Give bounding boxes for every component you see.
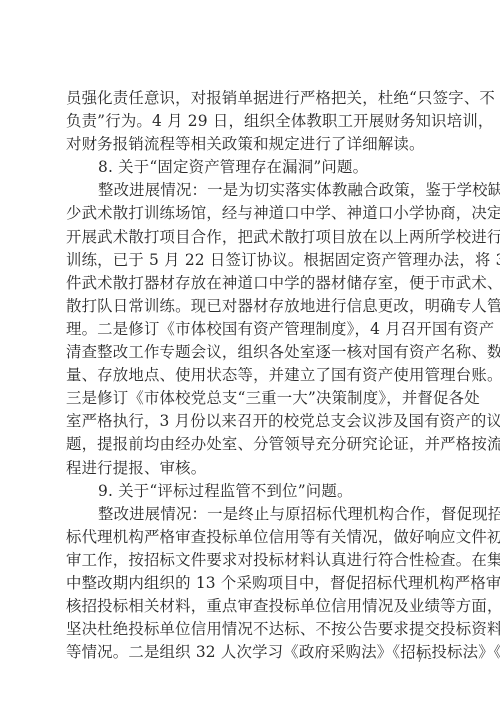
document-page: 员强化责任意识，对报销单据进行严格把关，杜绝“只签字、不负责”行为。4 月 29…	[0, 0, 500, 707]
text-line: 清查整改工作专题会议，组织各处室逐一核对国有资产名称、数	[66, 341, 434, 364]
text-line: 开展武术散打项目合作，把武术散打项目放在以上两所学校进行	[66, 226, 434, 249]
text-line: 量、存放地点、使用状态等，并建立了国有资产使用管理台账。	[66, 364, 434, 387]
text-line: 9. 关于“评标过程监管不到位”问题。	[66, 480, 434, 503]
text-line: 中整改期内组织的 13 个采购项目中，督促招标代理机构严格审	[66, 572, 434, 595]
text-line: 三是修订《市体校党总支“三重一大”决策制度》，并督促各处	[66, 387, 434, 410]
text-line: 整改进展情况：一是为切实落实体教融合政策，鉴于学校缺	[66, 179, 434, 202]
text-line: 件武术散打器材存放在神道口中学的器材储存室，便于市武术、	[66, 272, 434, 295]
text-line: 等情况。二是组织 32 人次学习《政府采购法》《招标投标法》《市	[66, 641, 434, 664]
text-line: 程进行提报、审核。	[66, 457, 434, 480]
text-line: 8. 关于“固定资产管理存在漏洞”问题。	[66, 156, 434, 179]
body-text: 员强化责任意识，对报销单据进行严格把关，杜绝“只签字、不负责”行为。4 月 29…	[66, 87, 434, 664]
text-line: 少武术散打训练场馆，经与神道口中学、神道口小学协商，决定	[66, 202, 434, 225]
page-number: - 7 -	[400, 651, 440, 665]
text-line: 坚决杜绝投标单位信用情况不达标、不按公告要求提交投标资料	[66, 618, 434, 641]
text-line: 核招投标相关材料，重点审查投标单位信用情况及业绩等方面，	[66, 595, 434, 618]
text-line: 员强化责任意识，对报销单据进行严格把关，杜绝“只签字、不	[66, 87, 434, 110]
text-line: 散打队日常训练。现已对器材存放地进行信息更改，明确专人管	[66, 295, 434, 318]
text-line: 训练，已于 5 月 22 日签订协议。根据固定资产管理办法，将 349	[66, 249, 434, 272]
text-line: 室严格执行，3 月份以来召开的校党总支会议涉及国有资产的议	[66, 410, 434, 433]
text-line: 理。二是修订《市体校国有资产管理制度》，4 月召开国有资产	[66, 318, 434, 341]
text-line: 题，提报前均由经办处室、分管领导充分研究论证，并严格按流	[66, 433, 434, 456]
text-line: 审工作，按招标文件要求对投标材料认真进行符合性检查。在集	[66, 549, 434, 572]
text-line: 整改进展情况：一是终止与原招标代理机构合作，督促现招	[66, 503, 434, 526]
text-line: 对财务报销流程等相关政策和规定进行了详细解读。	[66, 133, 434, 156]
text-line: 负责”行为。4 月 29 日，组织全体教职工开展财务知识培训，	[66, 110, 434, 133]
text-line: 标代理机构严格审查投标单位信用等有关情况，做好响应文件初	[66, 526, 434, 549]
